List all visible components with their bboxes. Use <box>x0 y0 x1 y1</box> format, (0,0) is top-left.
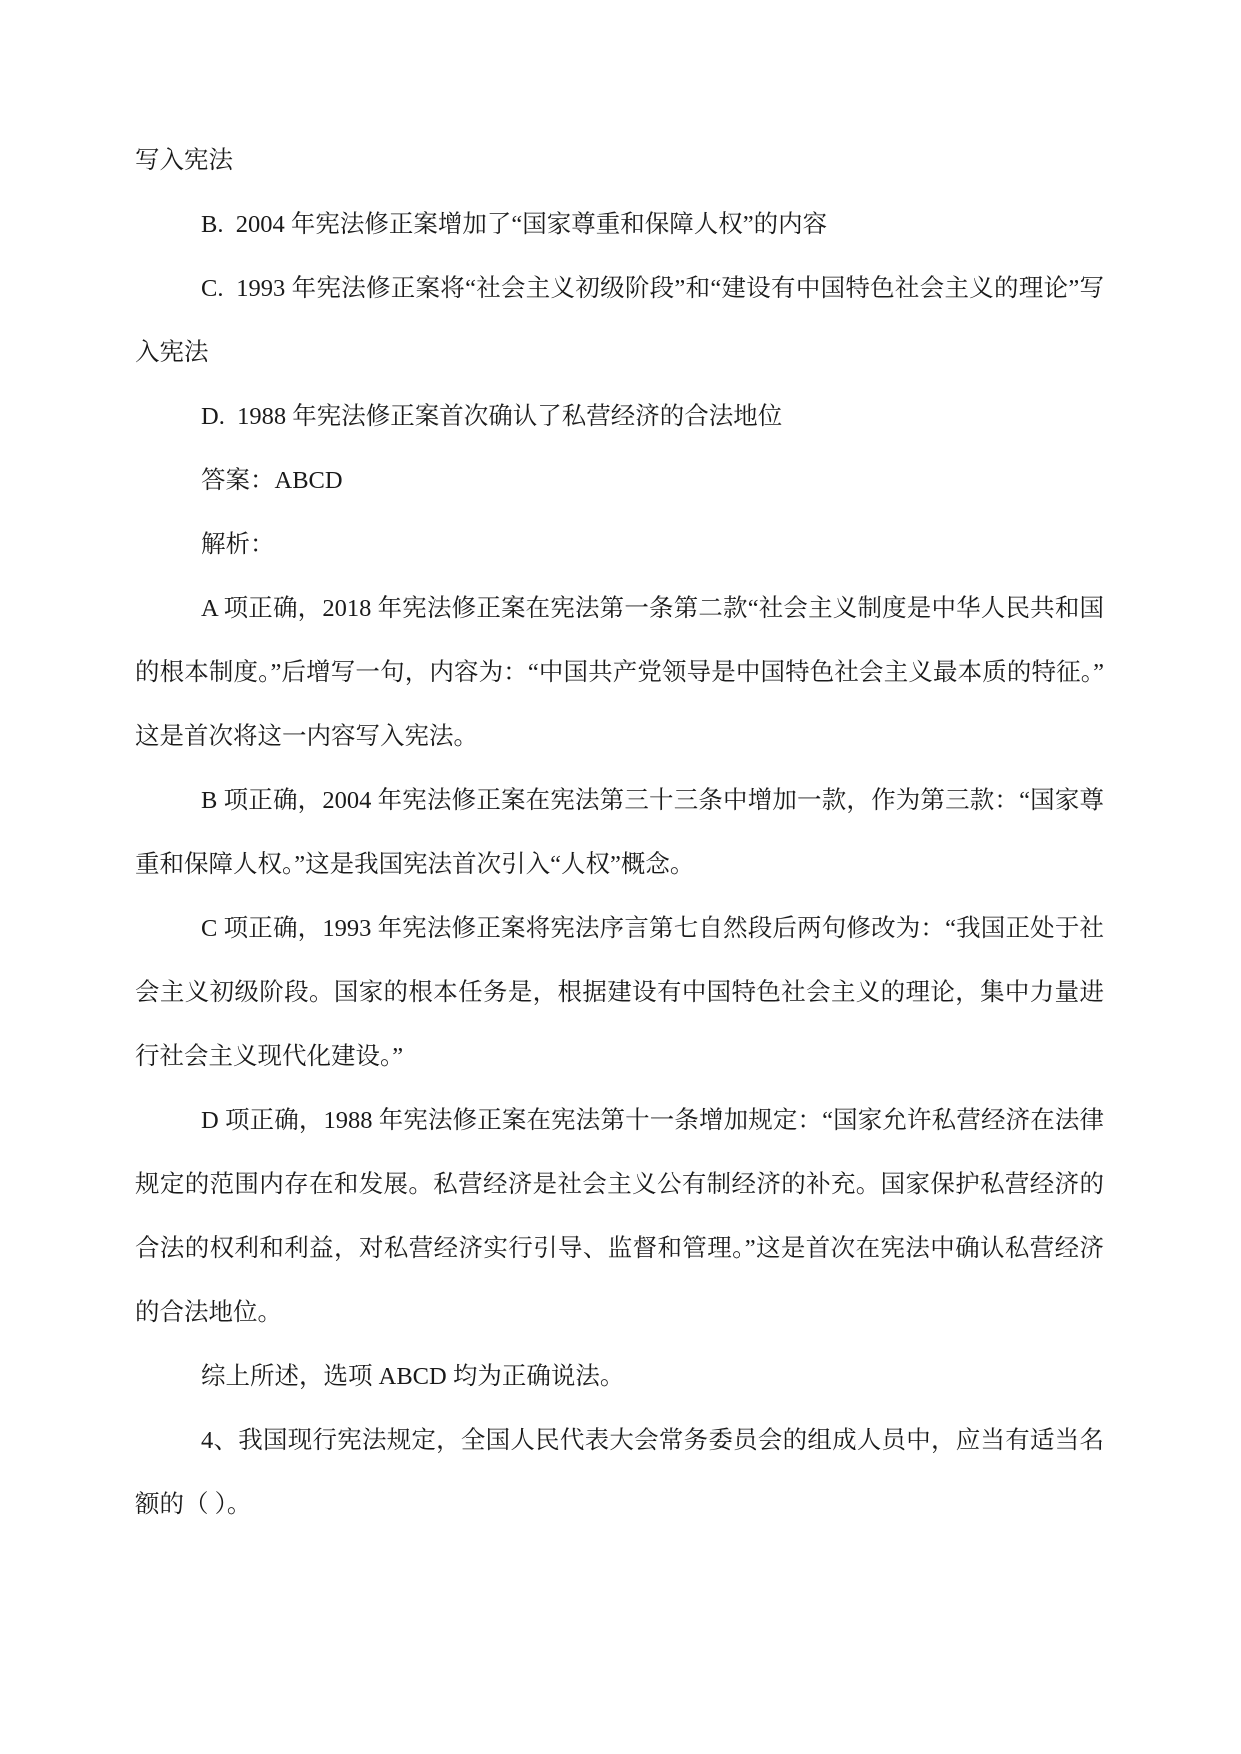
document-text-block: 写入宪法 B. 2004 年宪法修正案增加了“国家尊重和保障人权”的内容 C. … <box>135 129 1104 1537</box>
analysis-option-d: D 项正确，1988 年宪法修正案在宪法第十一条增加规定：“国家允许私营经济在法… <box>135 1089 1104 1345</box>
answer-line: 答案：ABCD <box>135 449 1104 513</box>
analysis-label: 解析： <box>135 513 1104 577</box>
question-4: 4、我国现行宪法规定，全国人民代表大会常务委员会的组成人员中，应当有适当名额的（… <box>135 1409 1104 1537</box>
option-c: C. 1993 年宪法修正案将“社会主义初级阶段”和“建设有中国特色社会主义的理… <box>135 257 1104 385</box>
analysis-option-a: A 项正确，2018 年宪法修正案在宪法第一条第二款“社会主义制度是中华人民共和… <box>135 577 1104 769</box>
option-d: D. 1988 年宪法修正案首次确认了私营经济的合法地位 <box>135 385 1104 449</box>
document-page: 写入宪法 B. 2004 年宪法修正案增加了“国家尊重和保障人权”的内容 C. … <box>0 0 1241 1754</box>
analysis-conclusion: 综上所述，选项 ABCD 均为正确说法。 <box>135 1345 1104 1409</box>
option-b: B. 2004 年宪法修正案增加了“国家尊重和保障人权”的内容 <box>135 193 1104 257</box>
analysis-option-b: B 项正确，2004 年宪法修正案在宪法第三十三条中增加一款，作为第三款：“国家… <box>135 769 1104 897</box>
text-line-continuation: 写入宪法 <box>135 129 1104 193</box>
analysis-option-c: C 项正确，1993 年宪法修正案将宪法序言第七自然段后两句修改为：“我国正处于… <box>135 897 1104 1089</box>
